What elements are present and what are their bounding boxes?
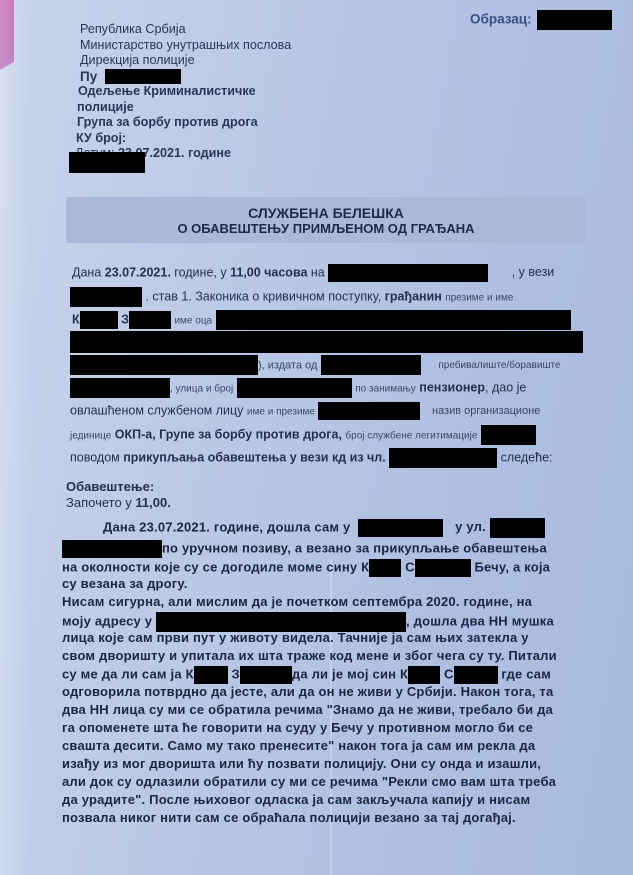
redaction xyxy=(369,559,401,577)
text: , дао је xyxy=(485,380,526,394)
title-box: СЛУЖБЕНА БЕЛЕШКА О ОБАВЕШТЕЊУ ПРИМЉЕНОМ … xyxy=(66,197,586,243)
paper-shadow xyxy=(0,0,30,875)
text: С xyxy=(405,559,415,574)
redaction xyxy=(237,378,352,398)
redaction xyxy=(318,402,420,420)
redaction xyxy=(240,666,292,684)
statement-line-1: Дана 23.07.2021. године, дошла сам у у у… xyxy=(103,518,545,538)
redaction xyxy=(454,666,498,684)
text: моју адресу у xyxy=(62,613,152,628)
statement-line-16: да урадите". После њиховог одласка ја са… xyxy=(62,792,530,807)
text: да ли је мој син К xyxy=(292,666,408,681)
department-line: Одељење Криминалистичке xyxy=(78,84,291,100)
text: у ул. xyxy=(455,519,486,534)
intro-line-7: овлашћеном службеном лицу име и презиме … xyxy=(70,402,540,420)
text: . став 1. Законика о кривичном поступку, xyxy=(145,289,381,303)
text: име и презиме xyxy=(247,406,315,417)
text: З xyxy=(232,666,240,681)
statement-line-17: позвала никог нити сам се обраћала полиц… xyxy=(62,810,516,825)
text: на xyxy=(311,265,325,279)
redaction xyxy=(70,287,142,307)
redaction xyxy=(70,331,583,353)
text: , улица и број xyxy=(170,383,233,394)
intro-line-6: , улица и број по занимању пензионер, да… xyxy=(70,378,526,398)
statement-line-6: моју адресу у , дошла два НН мушка xyxy=(62,612,554,632)
pu-label: Пу xyxy=(80,69,97,84)
statement-label: Обавештење: xyxy=(66,479,154,494)
document-title: СЛУЖБЕНА БЕЛЕШКА xyxy=(66,205,586,221)
text: Дана 23.07.2021. године, дошла сам у xyxy=(103,519,350,534)
redaction xyxy=(537,10,612,30)
redaction xyxy=(70,378,170,398)
document-subtitle: О ОБАВЕШТЕЊУ ПРИМЉЕНОМ ОД ГРАЂАНА xyxy=(66,221,586,236)
text: пребивалиште/боравиште xyxy=(438,360,560,371)
department-line-2: полиције xyxy=(77,100,291,116)
form-label: Образац: xyxy=(470,12,532,27)
redaction xyxy=(389,448,497,468)
unit-value: ОКП-а, Групе за борбу против дрога, xyxy=(115,427,342,441)
initial: З xyxy=(121,312,129,326)
statement-line-12: га опоменете шта ће говорити на суду у Б… xyxy=(62,720,533,735)
redaction xyxy=(415,559,471,577)
redaction xyxy=(321,355,421,375)
intro-line-9: поводом прикупљања обавештења у вези кд … xyxy=(70,448,553,468)
redaction xyxy=(194,666,228,684)
form-number: Образац: xyxy=(470,10,612,30)
redaction xyxy=(358,519,443,537)
pu-line: Пу xyxy=(80,69,291,85)
group-line: Група за борбу против дрога xyxy=(77,115,291,131)
text: на околности које су се догодиле моме си… xyxy=(62,559,369,574)
statement-line-10: одговорила потврдно да јесте, али да он … xyxy=(62,684,553,699)
statement-line-14: изађу из мог дворишта или ћу позвати пол… xyxy=(62,756,541,771)
started-line: Започето у 11,00. xyxy=(66,495,171,510)
redaction xyxy=(328,264,488,282)
redaction xyxy=(80,311,118,329)
text: поводом xyxy=(70,450,120,464)
statement-line-7: лица које сам први пут у животу видела. … xyxy=(62,630,529,645)
start-time: 11,00. xyxy=(135,495,170,510)
text: презиме и име xyxy=(445,292,513,303)
text: , у вези xyxy=(512,265,555,279)
text: назив организационе xyxy=(432,405,540,417)
text: прикупљања обавештења у вези кд из чл. xyxy=(123,450,385,464)
time-value: 11,00 часова xyxy=(230,265,307,279)
statement-line-3: на околности које су се догодиле моме си… xyxy=(62,559,550,577)
text: по уручном позиву, а везано за прикупљањ… xyxy=(162,540,547,555)
redaction xyxy=(216,310,571,330)
text: овлашћеном службеном лицу xyxy=(70,403,243,417)
intro-line-8: јединице ОКП-а, Групе за борбу против др… xyxy=(70,425,536,445)
citizen-label: грађанин xyxy=(385,289,442,303)
statement-line-5: Нисам сигурна, али мислим да је почетком… xyxy=(62,594,532,609)
redaction xyxy=(408,666,440,684)
letterhead: Република Србија Министарство унутрашњих… xyxy=(80,22,291,162)
text: име оца xyxy=(174,315,212,326)
redaction xyxy=(70,355,258,375)
intro-line-1: Дана 23.07.2021. године, у 11,00 часова … xyxy=(72,264,554,282)
redaction xyxy=(490,518,545,538)
text: , дошла два НН мушка xyxy=(406,613,554,628)
date-value: 23.07.2021. xyxy=(105,265,171,279)
ku-number: КУ број: xyxy=(76,131,291,147)
text: ), издата од xyxy=(258,359,317,371)
directorate-line: Дирекција полиције xyxy=(80,53,291,69)
text: јединице xyxy=(70,430,111,441)
occupation-value: пензионер xyxy=(419,380,485,394)
statement-line-11: два НН лица су ми се обратила речима "Зн… xyxy=(62,702,553,717)
text: Бечу, а која xyxy=(474,559,550,574)
redaction xyxy=(156,612,406,632)
text: Дана xyxy=(72,265,101,279)
text: Започето у xyxy=(66,495,132,510)
redaction xyxy=(105,69,181,84)
text: следеће: xyxy=(501,450,553,464)
statement-line-13: свашта десити. Само му тако пренесите" н… xyxy=(62,738,535,753)
intro-line-3: К З име оца xyxy=(72,310,571,330)
republic-line: Република Србија xyxy=(80,22,291,38)
redaction xyxy=(62,540,162,558)
ministry-line: Министарство унутрашњих послова xyxy=(80,38,291,54)
statement-line-9: су ме да ли сам ја К Зда ли је мој син К… xyxy=(62,666,551,684)
redaction xyxy=(129,311,171,329)
text: број службене легитимације xyxy=(345,430,477,441)
text: по занимању xyxy=(355,383,416,394)
text: С xyxy=(444,666,454,681)
statement-line-15: али док су одлазили обратили су ми се ре… xyxy=(62,774,556,789)
text: године, у xyxy=(174,265,226,279)
text: где сам xyxy=(501,666,551,681)
initial: К xyxy=(72,312,80,326)
intro-line-2: . став 1. Законика о кривичном поступку,… xyxy=(70,287,513,307)
statement-line-2: по уручном позиву, а везано за прикупљањ… xyxy=(62,540,547,558)
intro-line-5: ), издата од пребивалиште/боравиште xyxy=(70,355,561,375)
statement-line-8: свом дворишту и упитала их шта траже код… xyxy=(62,648,557,663)
redaction xyxy=(69,152,145,173)
statement-line-4: су везана за дрогу. xyxy=(62,576,188,591)
redaction xyxy=(481,425,536,445)
text: су ме да ли сам ја К xyxy=(62,666,194,681)
